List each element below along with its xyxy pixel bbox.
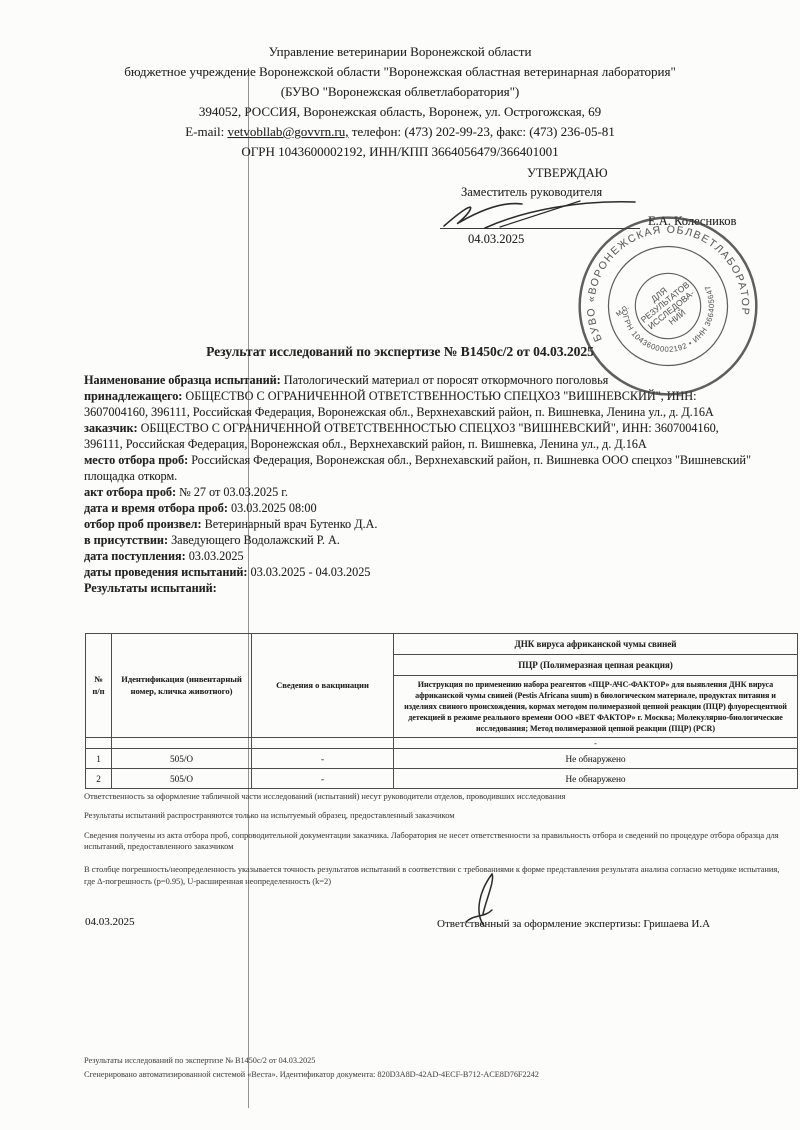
org-name-line1: Управление ветеринарии Воронежской облас… (0, 42, 800, 62)
org-header: Управление ветеринарии Воронежской облас… (0, 42, 800, 162)
scanned-document-page: Управление ветеринарии Воронежской облас… (0, 0, 800, 1130)
method-short-header: ПЦР (Полимеразная цепная реакция) (394, 655, 798, 676)
note-uncertainty: В столбце погрешность/неопределенность у… (84, 864, 790, 887)
analyte-header: ДНК вируса африканской чумы свиней (394, 634, 798, 655)
signoff-date: 04.03.2025 (85, 916, 135, 928)
field-testing-dates: даты проведения испытаний: 03.03.2025 - … (84, 564, 760, 580)
col-header-identification: Идентификация (инвентарный номер, кличка… (112, 634, 252, 738)
svg-text:БУВО «ВОРОНЕЖСКАЯ ОБЛВЕТЛАБОРА: БУВО «ВОРОНЕЖСКАЯ ОБЛВЕТЛАБОРАТОРИЯ» (570, 208, 755, 350)
org-address: 394052, РОССИЯ, Воронежская область, Вор… (0, 102, 800, 122)
field-customer: заказчик: ОБЩЕСТВО С ОГРАНИЧЕННОЙ ОТВЕТС… (84, 420, 760, 452)
approve-date: 04.03.2025 (468, 232, 524, 247)
scan-fold-line (248, 68, 249, 1108)
org-ogrn-inn: ОГРН 1043600002192, ИНН/КПП 3664056479/3… (0, 142, 800, 162)
org-contacts: E-mail: vetvobllab@govvrn.ru, телефон: (… (0, 122, 800, 142)
org-name-line3: (БУВО "Воронежская облветлаборатория") (0, 82, 800, 102)
disclaimer-notes: Ответственность за оформление табличной … (84, 791, 790, 895)
row-id: 505/О (112, 769, 252, 789)
row-result: Не обнаружено (394, 749, 798, 769)
org-name-line2: бюджетное учреждение Воронежской области… (0, 62, 800, 82)
method-full-header: Инструкция по применению набора реагенто… (394, 676, 798, 738)
field-sampler: отбор проб произвел: Ветеринарный врач Б… (84, 516, 760, 532)
table-row: 2 505/О - Не обнаружено (86, 769, 798, 789)
field-sampling-datetime: дата и время отбора проб: 03.03.2025 08:… (84, 500, 760, 516)
results-table: № п/п Идентификация (инвентарный номер, … (85, 633, 798, 789)
document-footer: Результаты исследований по экспертизе № … (84, 1054, 539, 1082)
phone-fax: телефон: (473) 202-99-23, факс: (473) 23… (352, 124, 615, 139)
note-responsibility: Ответственность за оформление табличной … (84, 791, 790, 802)
table-row: 1 505/О - Не обнаружено (86, 749, 798, 769)
footer-generated-by: Сгенерировано автоматизированной системо… (84, 1068, 539, 1082)
round-stamp-icon: БУВО «ВОРОНЕЖСКАЯ ОБЛВЕТЛАБОРАТОРИЯ» ОГР… (554, 192, 782, 420)
field-receipt-date: дата поступления: 03.03.2025 (84, 548, 760, 564)
note-sampling-info: Сведения получены из акта отбора проб, с… (84, 830, 790, 853)
row-vaccination: - (252, 769, 394, 789)
row-id: 505/О (112, 749, 252, 769)
col-header-vaccination: Сведения о вакцинации (252, 634, 394, 738)
note-scope: Результаты испытаний распространяются то… (84, 810, 790, 821)
email-address: vetvobllab@govvrn.ru, (227, 124, 348, 139)
stamp-outer-text: БУВО «ВОРОНЕЖСКАЯ ОБЛВЕТЛАБОРАТОРИЯ» (570, 208, 755, 350)
results-heading: Результаты испытаний: (84, 580, 760, 596)
row-vaccination: - (252, 749, 394, 769)
field-witness: в присутствии: Заведующего Водолажский Р… (84, 532, 760, 548)
field-sampling-place: место отбора проб: Российская Федерация,… (84, 452, 760, 484)
col-header-num: № п/п (86, 634, 112, 738)
footer-expertise-ref: Результаты исследований по экспертизе № … (84, 1054, 539, 1068)
row-num: 2 (86, 769, 112, 789)
email-label: E-mail: (185, 124, 224, 139)
row-result: Не обнаружено (394, 769, 798, 789)
approve-heading: УТВЕРЖДАЮ (527, 166, 608, 181)
field-sampling-act: акт отбора проб: № 27 от 03.03.2025 г. (84, 484, 760, 500)
responsible-signature-icon (458, 872, 508, 930)
row-num: 1 (86, 749, 112, 769)
spacer-row: - (86, 738, 798, 749)
spacer-cell: - (394, 738, 798, 749)
